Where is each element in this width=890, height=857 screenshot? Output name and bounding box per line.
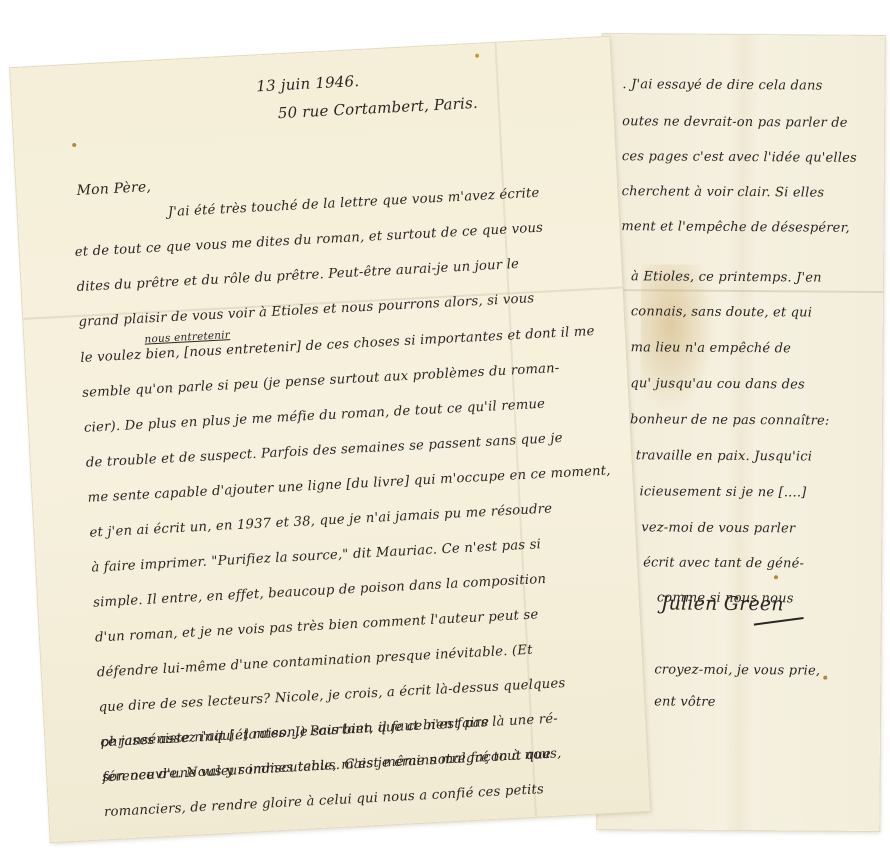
handwritten-line: simple. Il entre, en effet, beaucoup de …	[93, 572, 547, 611]
letter-date: 13 juin 1946.	[256, 72, 360, 95]
handwritten-line: ces pages c'est avec l'idée qu'elles	[622, 149, 857, 166]
handwritten-line: le voulez bien, [nous entretenir] de ces…	[80, 324, 595, 366]
handwritten-line: et de tout ce que vous me dites du roman…	[74, 221, 543, 261]
foxing-spot	[823, 676, 827, 680]
handwritten-line: ent vôtre	[654, 694, 716, 709]
handwritten-line: vez-moi de vous parler	[641, 520, 795, 536]
foxing-spot	[475, 54, 479, 58]
handwritten-line: me sente capable d'ajouter une ligne [du…	[87, 463, 611, 505]
handwritten-line: J'ai été très touché de la lettre que vo…	[168, 186, 540, 220]
front-page-text: 13 juin 1946. 50 rue Cortambert, Paris. …	[10, 37, 609, 68]
handwritten-line: que dire de ses lecteurs? Nicole, je cro…	[98, 676, 565, 715]
handwritten-line: ment et l'empêche de désespérer,	[621, 219, 850, 236]
fold-crease-vertical	[494, 43, 537, 817]
signature: Julien Green	[661, 592, 784, 615]
handwritten-line: grand plaisir de vous voir à Etioles et …	[78, 291, 535, 330]
handwritten-line: d'un roman, et je ne vois pas très bien …	[95, 607, 539, 645]
letter-front-page: 13 juin 1946. 50 rue Cortambert, Paris. …	[10, 37, 650, 842]
salutation: Mon Père,	[76, 179, 151, 199]
handwritten-line: . J'ai essayé de dire cela dans	[622, 77, 822, 93]
handwritten-line: à faire imprimer. "Purifiez la source," …	[91, 537, 541, 576]
foxing-spot	[72, 143, 76, 147]
handwritten-line: défendre lui-même d'une contamination pr…	[97, 643, 534, 681]
handwritten-line: cier). De plus en plus je me méfie du ro…	[84, 397, 546, 436]
handwritten-line: de trouble et de suspect. Parfois des se…	[86, 431, 564, 471]
handwritten-line: connais, sans doute, et qui	[631, 304, 812, 320]
signature-underline	[754, 617, 804, 625]
handwritten-line: semble qu'on parle si peu (je pense surt…	[82, 361, 560, 401]
handwritten-line: dites du prêtre et du rôle du prêtre. Pe…	[76, 257, 519, 295]
handwritten-line: ma lieu n'a empêché de	[631, 340, 792, 356]
back-page-text: . J'ai essayé de dire cela dans outes ne…	[603, 34, 885, 36]
handwritten-line: écrit avec tant de géné-	[643, 555, 804, 571]
handwritten-line: cherchent à voir clair. Si elles	[622, 184, 825, 200]
handwritten-line: qu' jusqu'au cou dans des	[630, 376, 805, 392]
foxing-spot	[774, 575, 778, 579]
handwritten-line: et j'en ai écrit un, en 1937 et 38, que …	[89, 501, 552, 540]
handwritten-line: travaille en paix. Jusqu'ici	[636, 448, 812, 464]
handwritten-line: outes ne devrait-on pas parler de	[622, 114, 848, 131]
letter-address: 50 rue Cortambert, Paris.	[277, 94, 478, 122]
handwritten-line: icieusement si je ne [....]	[640, 484, 807, 500]
handwritten-line: bonheur de ne pas connaître:	[630, 412, 830, 428]
handwritten-line: croyez-moi, je vous prie,	[654, 662, 820, 678]
handwritten-line: à Etioles, ce printemps. J'en	[631, 269, 822, 285]
